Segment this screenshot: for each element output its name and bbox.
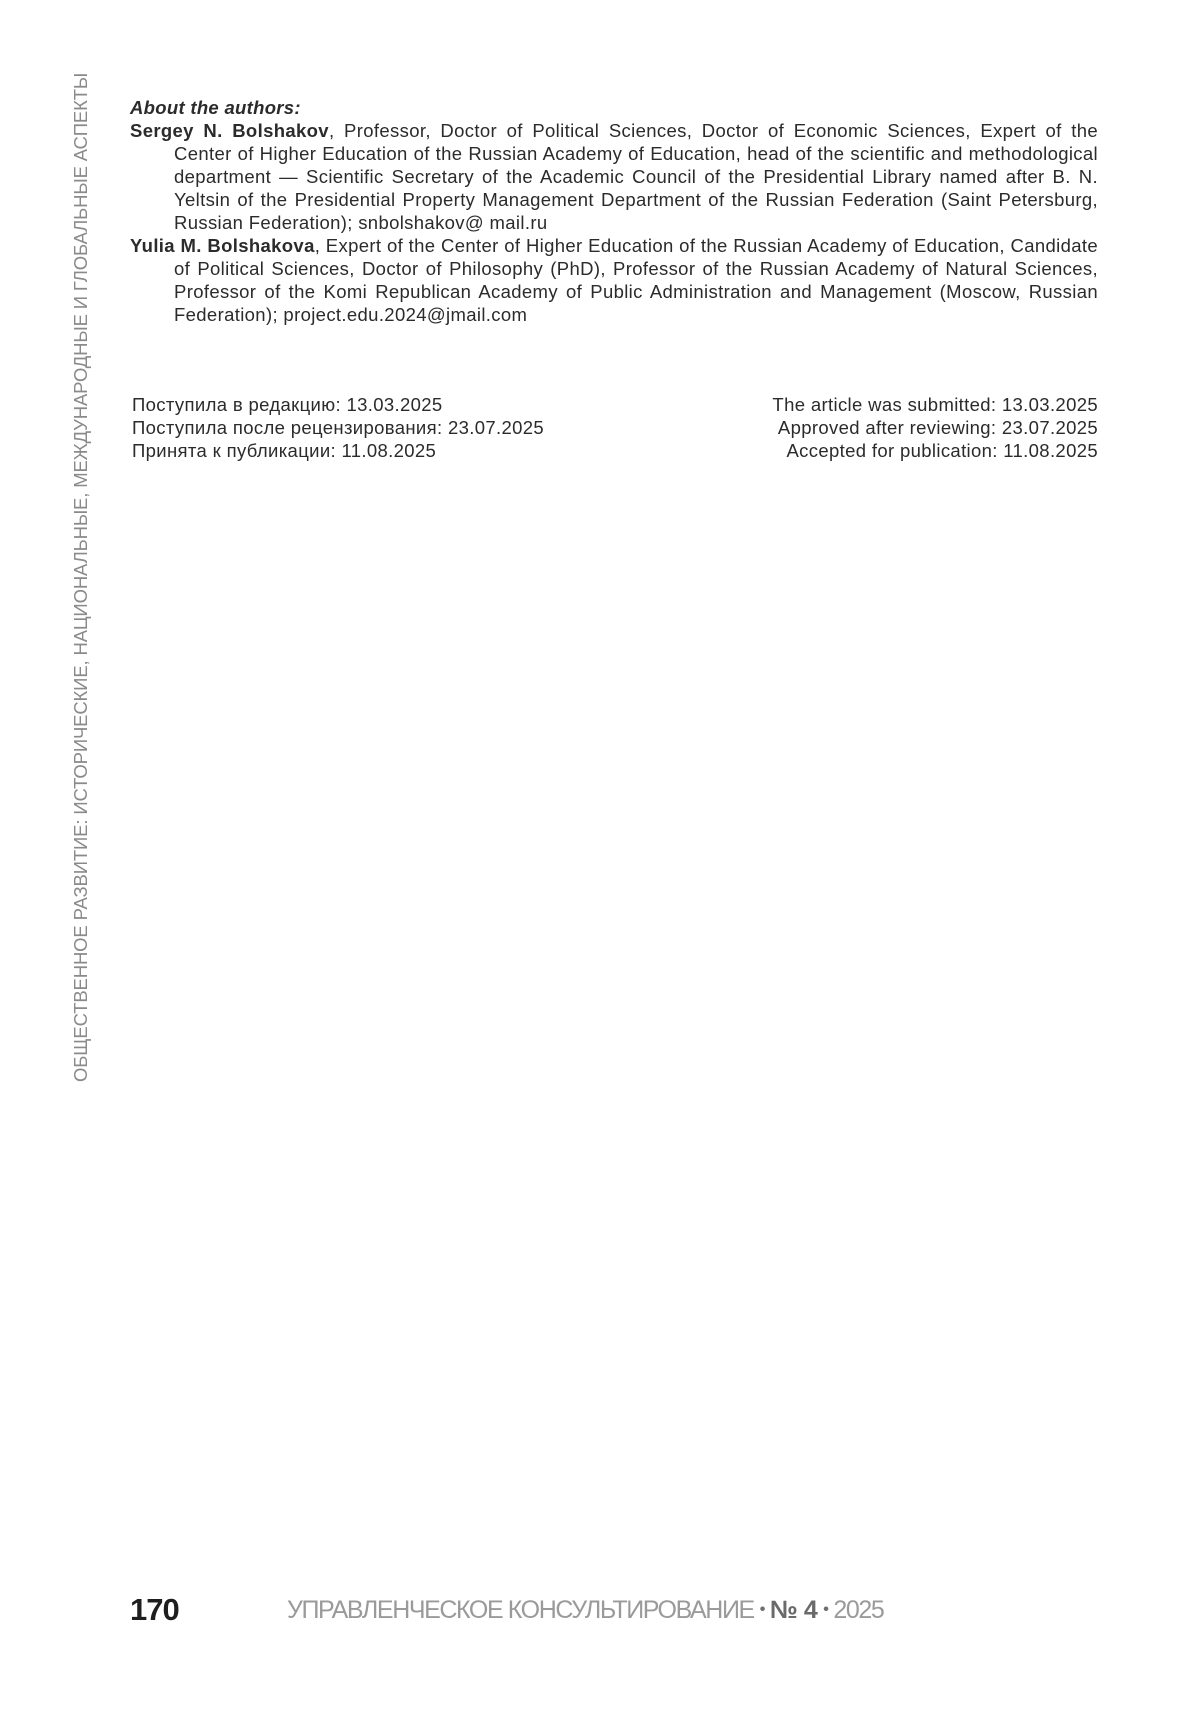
date-reviewed-en: Approved after reviewing: 23.07.2025 [772, 416, 1098, 439]
date-accepted-en: Accepted for publication: 11.08.2025 [772, 439, 1098, 462]
journal-name: УПРАВЛЕНЧЕСКОЕ КОНСУЛЬТИРОВАНИЕ [287, 1596, 754, 1624]
dates-russian: Поступила в редакцию: 13.03.2025 Поступи… [132, 393, 544, 462]
author-name: Sergey N. Bolshakov [130, 120, 329, 141]
section-title-vertical: ОБЩЕСТВЕННОЕ РАЗВИТИЕ: ИСТОРИЧЕСКИЕ, НАЦ… [67, 100, 95, 1082]
journal-issue: № 4 [770, 1596, 817, 1624]
journal-year: 2025 [833, 1596, 883, 1624]
author-name: Yulia M. Bolshakova [130, 235, 315, 256]
section-side-rail: ОБЩЕСТВЕННОЕ РАЗВИТИЕ: ИСТОРИЧЕСКИЕ, НАЦ… [67, 100, 95, 1082]
author-entry: Yulia M. Bolshakova, Expert of the Cente… [130, 234, 1098, 326]
journal-info: УПРАВЛЕНЧЕСКОЕ КОНСУЛЬТИРОВАНИЕ•№ 4•2025 [287, 1592, 883, 1628]
separator-dot: • [754, 1601, 770, 1618]
dates-english: The article was submitted: 13.03.2025 Ap… [772, 393, 1098, 462]
date-accepted-ru: Принята к публикации: 11.08.2025 [132, 439, 544, 462]
page-number: 170 [130, 1590, 179, 1630]
separator-dot: • [817, 1601, 833, 1618]
author-entry: Sergey N. Bolshakov, Professor, Doctor o… [130, 119, 1098, 234]
about-authors-heading: About the authors: [130, 96, 1098, 119]
about-authors-section: About the authors: Sergey N. Bolshakov, … [130, 96, 1098, 326]
date-submitted-ru: Поступила в редакцию: 13.03.2025 [132, 393, 544, 416]
date-reviewed-ru: Поступила после рецензирования: 23.07.20… [132, 416, 544, 439]
page-footer: 170 УПРАВЛЕНЧЕСКОЕ КОНСУЛЬТИРОВАНИЕ•№ 4•… [130, 1590, 1110, 1630]
date-submitted-en: The article was submitted: 13.03.2025 [772, 393, 1098, 416]
